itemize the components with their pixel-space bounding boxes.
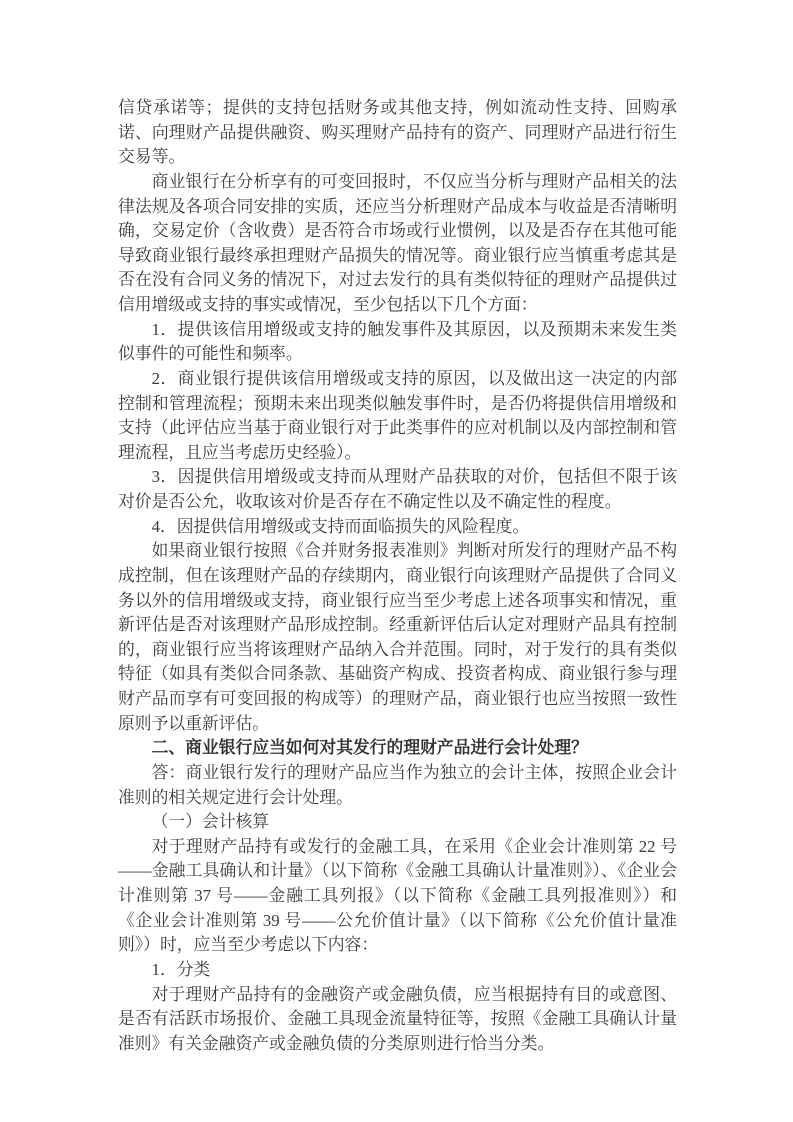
- paragraph: 1．分类: [118, 958, 677, 983]
- paragraph: 2．商业银行提供该信用增级或支持的原因，以及做出这一决定的内部控制和管理流程；预…: [118, 367, 677, 466]
- section-heading: 二、商业银行应当如何对其发行的理财产品进行会计处理？: [118, 736, 677, 761]
- paragraph: 商业银行在分析享有的可变回报时，不仅应当分析与理财产品相关的法律法规及各项合同安…: [118, 170, 677, 318]
- paragraph: 信贷承诺等；提供的支持包括财务或其他支持，例如流动性支持、回购承诺、向理财产品提…: [118, 96, 677, 170]
- paragraph: 3．因提供信用增级或支持而从理财产品获取的对价，包括但不限于该对价是否公允，收取…: [118, 465, 677, 514]
- document-body: 信贷承诺等；提供的支持包括财务或其他支持，例如流动性支持、回购承诺、向理财产品提…: [118, 96, 677, 1056]
- paragraph: 对于理财产品持有的金融资产或金融负债，应当根据持有目的或意图、是否有活跃市场报价…: [118, 983, 677, 1057]
- document-page: 信贷承诺等；提供的支持包括财务或其他支持，例如流动性支持、回购承诺、向理财产品提…: [0, 0, 793, 1122]
- paragraph: 答：商业银行发行的理财产品应当作为独立的会计主体，按照企业会计准则的相关规定进行…: [118, 761, 677, 810]
- paragraph: 对于理财产品持有或发行的金融工具，在采用《企业会计准则第 22 号——金融工具确…: [118, 835, 677, 958]
- paragraph: 如果商业银行按照《合并财务报表准则》判断对所发行的理财产品不构成控制，但在该理财…: [118, 539, 677, 736]
- paragraph: （一）会计核算: [118, 810, 677, 835]
- paragraph: 1．提供该信用增级或支持的触发事件及其原因，以及预期未来发生类似事件的可能性和频…: [118, 318, 677, 367]
- paragraph: 4．因提供信用增级或支持而面临损失的风险程度。: [118, 515, 677, 540]
